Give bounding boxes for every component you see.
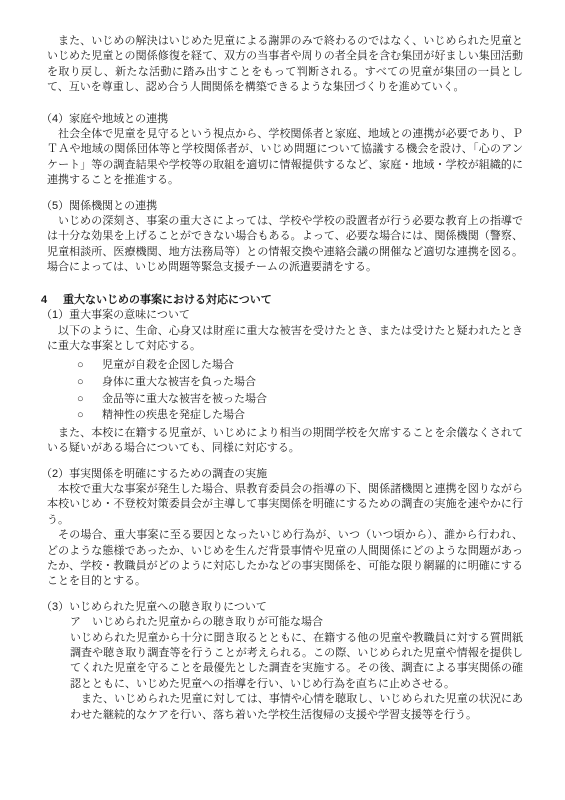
chapter-4-heading: 4 重大ないじめの事案における対応について: [41, 293, 523, 308]
sub-2-paragraph-2: その場合、重大事案に至る要因となったいじめ行為が、いつ（いつ頃から）、誰から行わ…: [47, 528, 523, 590]
item-a-paragraph-1: いじめられた児童から十分に聞き取るとともに、在籍する他の児童や教職員に対する質問…: [70, 631, 523, 693]
document-page: また、いじめの解決はいじめた児童による謝罪のみで終わるのではなく、いじめられた児…: [0, 0, 565, 800]
serious-case-bullet-list: ○ 児童が自殺を企図した場合 ○ 身体に重大な被害を負った場合 ○ 金品等に重大…: [77, 357, 523, 423]
section-4-heading: （4）家庭や地域との連携: [41, 112, 523, 127]
circle-bullet-icon: ○: [77, 407, 88, 424]
chapter-4-title: 重大ないじめの事案における対応について: [63, 293, 272, 308]
intro-paragraph: また、いじめの解決はいじめた児童による謝罪のみで終わるのではなく、いじめられた児…: [47, 34, 523, 96]
sub-2-heading: （2）事実関係を明確にするための調査の実施: [41, 467, 523, 482]
item-a-block: ア いじめられた児童からの聴き取りが可能な場合 いじめられた児童から十分に聞き取…: [70, 615, 523, 723]
list-item: ○ 児童が自殺を企図した場合: [77, 357, 523, 374]
list-item-text: 児童が自殺を企図した場合: [102, 357, 234, 374]
item-a-heading: ア いじめられた児童からの聴き取りが可能な場合: [70, 615, 523, 630]
list-item-text: 金品等に重大な被害を被った場合: [102, 391, 267, 408]
list-item-text: 身体に重大な被害を負った場合: [102, 374, 256, 391]
section-5-body: いじめの深刻さ、事案の重大さによっては、学校や学校の設置者が行う必要な教育上の指…: [47, 214, 523, 276]
sub-1-heading: （1）重大事案の意味について: [41, 308, 523, 323]
sub-1-note: また、本校に在籍する児童が、いじめにより相当の期間学校を欠席することを余儀なくさ…: [47, 426, 523, 457]
sub-3-heading: （3）いじめられた児童への聴き取りについて: [41, 600, 523, 615]
list-item-text: 精神性の疾患を発症した場合: [102, 407, 245, 424]
circle-bullet-icon: ○: [77, 357, 88, 374]
item-a-label: ア: [70, 615, 81, 630]
sub-1-body: 以下のように、生命、心身又は財産に重大な被害を受けたとき、または受けたと疑われた…: [47, 324, 523, 355]
list-item: ○ 金品等に重大な被害を被った場合: [77, 391, 523, 408]
item-a-paragraph-2: また、いじめられた児童に対しては、事情や心情を聴取し、いじめられた児童の状況にあ…: [70, 692, 523, 723]
list-item: ○ 身体に重大な被害を負った場合: [77, 374, 523, 391]
section-5-heading: （5）関係機関との連携: [41, 199, 523, 214]
list-item: ○ 精神性の疾患を発症した場合: [77, 407, 523, 424]
section-4-body: 社会全体で児童を見守るという視点から、学校関係者と家庭、地域との連携が必要であり…: [47, 127, 523, 189]
sub-2-paragraph-1: 本校で重大な事案が発生した場合、県教育委員会の指導の下、関係諸機関と連携を図りな…: [47, 482, 523, 528]
circle-bullet-icon: ○: [77, 391, 88, 408]
circle-bullet-icon: ○: [77, 374, 88, 391]
item-a-title: いじめられた児童からの聴き取りが可能な場合: [92, 615, 323, 630]
chapter-4-number: 4: [41, 293, 63, 308]
